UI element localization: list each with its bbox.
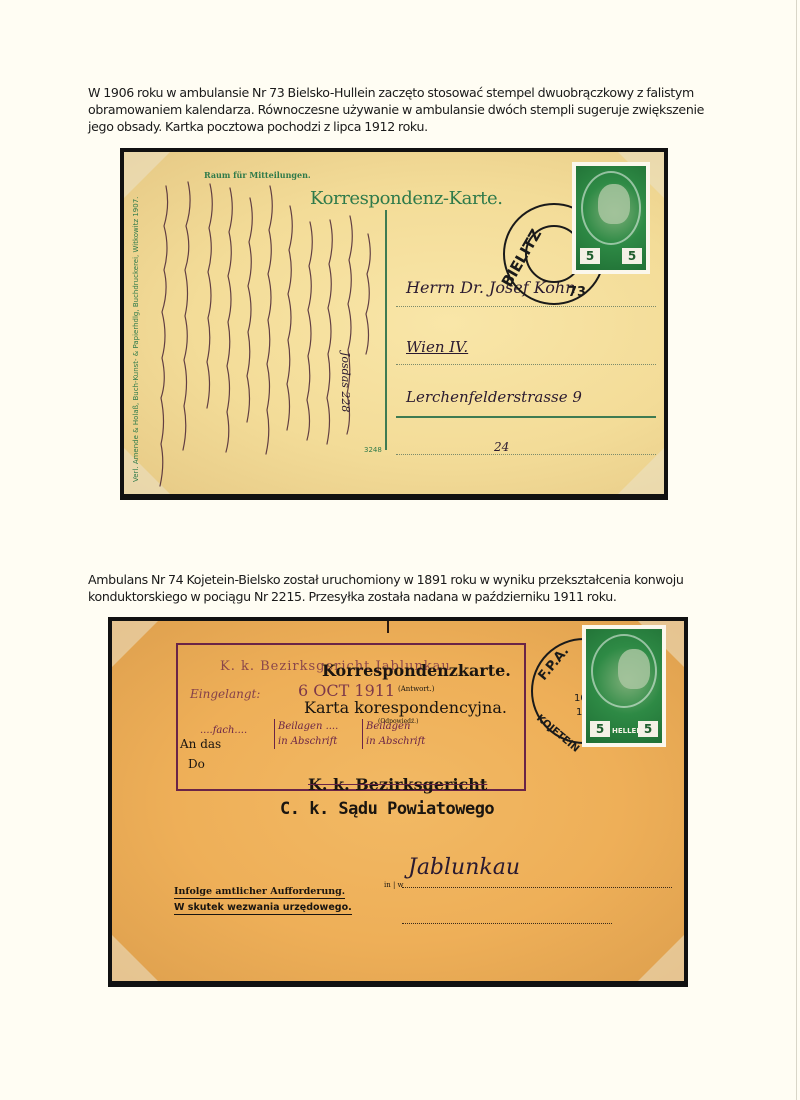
caption-second-postcard: Ambulans Nr 74 Kojetein-Bielsko został u… (88, 571, 718, 605)
address-line-3: Lerchenfelderstrasse 9 (406, 388, 582, 406)
mount-corner (638, 935, 684, 981)
addressee-polish: C. k. Sądu Powiatowego (280, 799, 494, 819)
abschrift-label: in Abschrift (366, 734, 425, 749)
received-fach: ....fach.... (200, 725, 247, 736)
postcard-1: Raum für Mitteilungen. Korrespondenz-Kar… (124, 152, 664, 494)
address-rule (396, 416, 656, 418)
postcard-title-german: Korrespondenzkarte. (322, 661, 511, 680)
address-rule (396, 364, 656, 365)
address-rule (396, 454, 656, 455)
address-line-4: 24 (494, 440, 509, 454)
postage-stamp-5-heller: 5 HELLER 5 (582, 625, 666, 747)
footer-german: Infolge amtlicher Aufforderung. (174, 886, 345, 899)
to-label-polish: Do (188, 757, 205, 771)
mount-corner (112, 621, 158, 667)
reply-label-german: (Antwort.) (398, 685, 434, 693)
emperor-portrait (598, 184, 630, 224)
svg-text:73: 73 (568, 285, 586, 300)
stamp-value-left: 5 (580, 248, 600, 264)
place-rule (402, 887, 672, 888)
postcard-2: K. k. Bezirksgericht Jablunkau Korrespon… (112, 621, 684, 981)
mount-corner (112, 935, 158, 981)
svg-text:KOJETEIN: KOJETEIN (534, 713, 581, 753)
received-beilagen-1: Beilagen .... in Abschrift (274, 719, 338, 749)
place-label: in | w (384, 881, 404, 889)
address-divider (385, 210, 387, 450)
addressee-german: K. k. Bezirksgericht (308, 775, 487, 794)
received-label: Eingelangt: (190, 687, 260, 701)
beilagen-label: Beilagen (366, 719, 425, 734)
emperor-portrait (618, 649, 650, 689)
address-line-2: Wien IV. (406, 338, 468, 356)
form-number: 3248 (364, 446, 382, 454)
postcard-title-polish: Karta korespondencyjna. (304, 698, 507, 717)
place-rule (402, 923, 612, 924)
place-handwritten: Jablunkau (408, 855, 520, 880)
received-beilagen-2: Beilagen in Abschrift (362, 719, 425, 749)
postcard-mount-2: K. k. Bezirksgericht Jablunkau Korrespon… (108, 617, 688, 987)
svg-text:F.P.A.: F.P.A. (536, 644, 573, 684)
handwritten-message (144, 176, 384, 494)
side-note: Josdas 228 (339, 352, 352, 412)
publisher-imprint: Verl. Amende & Holaß, Buch-Kunst- & Papi… (132, 162, 140, 482)
postcard-mount-1: Raum für Mitteilungen. Korrespondenz-Kar… (120, 148, 668, 500)
postage-stamp-5-heller: 5 5 (572, 162, 650, 274)
footer-polish: W skutek wezwania urzędowego. (174, 902, 352, 915)
abschrift-label: in Abschrift (278, 734, 338, 749)
caption-first-postcard: W 1906 roku w ambulansie Nr 73 Bielsko-H… (88, 84, 718, 135)
pencil-mark (387, 621, 389, 633)
to-label-german: An das (180, 737, 221, 751)
stamp-value-right: 5 (622, 248, 642, 264)
page-edge-line (796, 0, 797, 1100)
beilagen-label: Beilagen .... (278, 719, 338, 734)
stamp-value-left: 5 (590, 721, 610, 737)
stamp-value-right: 5 (638, 721, 658, 737)
